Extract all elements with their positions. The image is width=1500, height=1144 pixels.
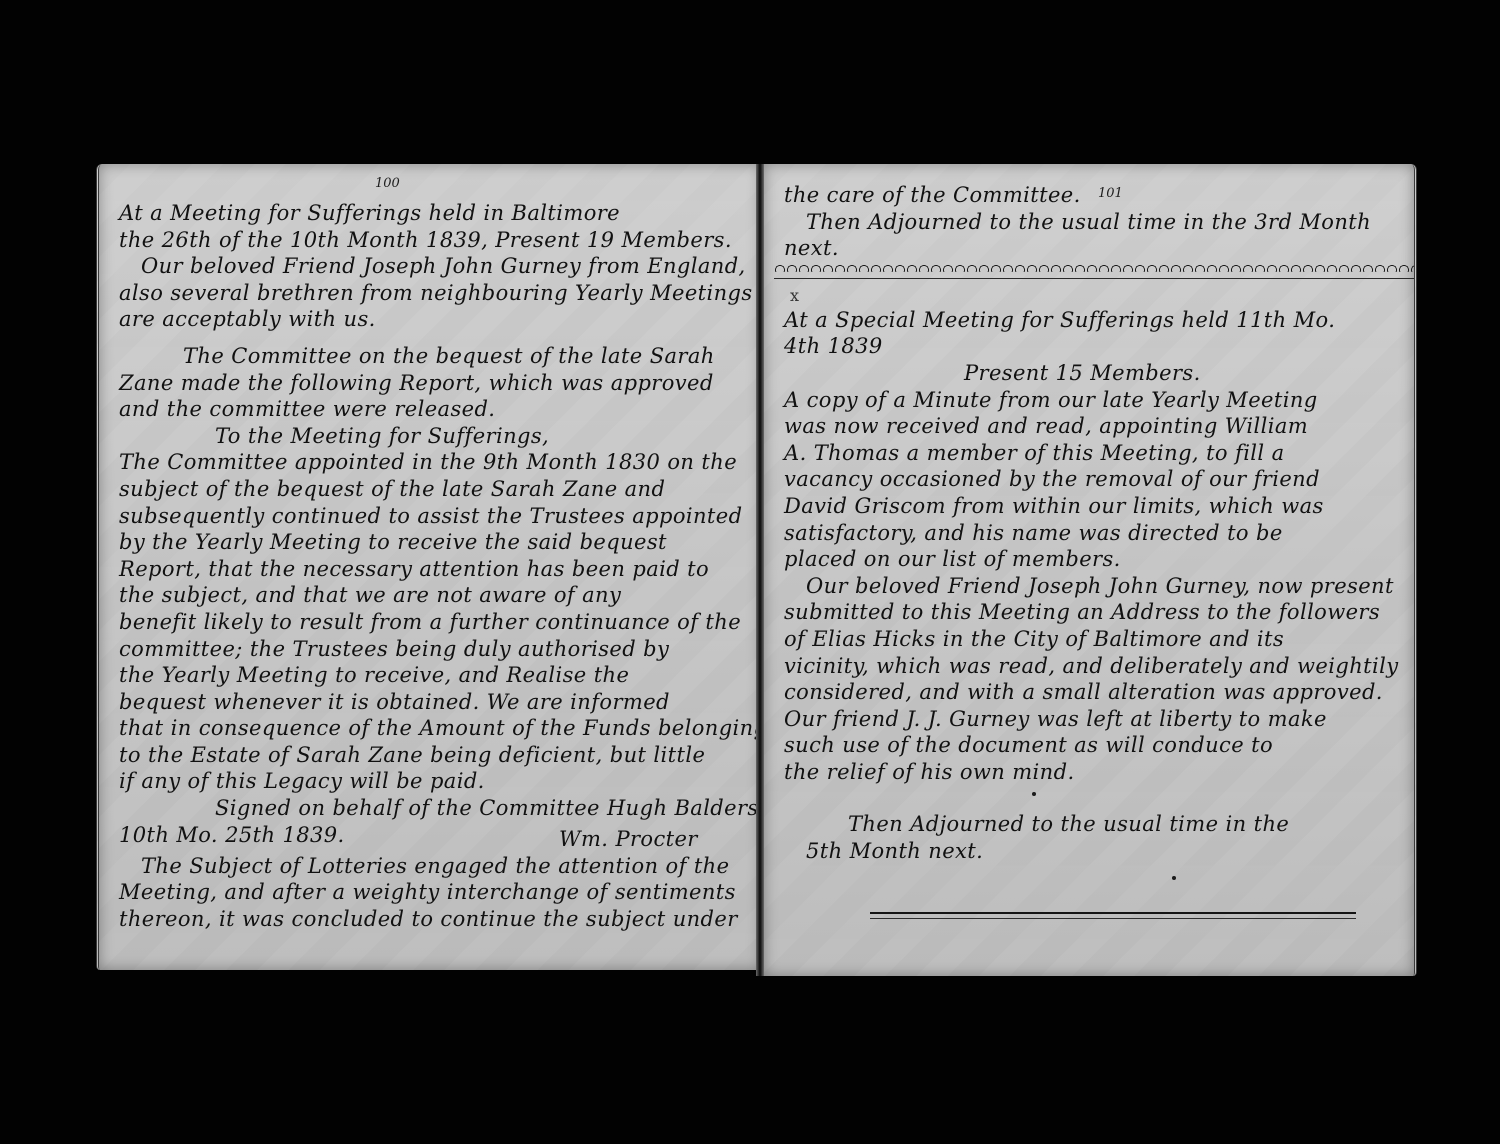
cross-mark: x	[784, 283, 1400, 307]
minute-line: such use of the document as will conduce…	[784, 732, 1400, 759]
report-line: the subject, and that we are not aware o…	[119, 582, 747, 609]
minute-line: A. Thomas a member of this Meeting, to f…	[784, 440, 1400, 467]
book-gutter	[756, 164, 764, 976]
signature-line: Signed on behalf of the Committee Hugh B…	[119, 795, 747, 822]
minute-line: considered, and with a small alteration …	[784, 679, 1400, 706]
report-line: The Committee appointed in the 9th Month…	[119, 449, 747, 476]
report-line: if any of this Legacy will be paid.	[119, 768, 747, 795]
adjournment-line: next.	[784, 235, 1400, 262]
adjournment-line: Then Adjourned to the usual time in the …	[784, 209, 1400, 236]
left-page-text: At a Meeting for Sufferings held in Balt…	[119, 200, 747, 933]
minute-line: Our friend J. J. Gurney was left at libe…	[784, 706, 1400, 733]
minute-line: Our beloved Friend Joseph John Gurney fr…	[119, 253, 747, 280]
report-salutation: To the Meeting for Sufferings,	[119, 423, 747, 450]
minute-line: Meeting, and after a weighty interchange…	[119, 879, 747, 906]
ink-dot	[1032, 792, 1036, 796]
report-line: bequest whenever it is obtained. We are …	[119, 689, 747, 716]
section-divider	[774, 264, 1414, 279]
minute-heading: 4th 1839	[784, 333, 1400, 360]
attendance-line: Present 15 Members.	[784, 360, 1400, 387]
minute-line: vacancy occasioned by the removal of our…	[784, 466, 1400, 493]
adjournment-line: Then Adjourned to the usual time in the	[784, 811, 1400, 838]
ink-dot	[1172, 876, 1176, 880]
minute-line: and the committee were released.	[119, 396, 747, 423]
minute-line: also several brethren from neighbouring …	[119, 280, 747, 307]
right-page: 101 the care of the Committee. Then Adjo…	[764, 164, 1417, 976]
report-line: to the Estate of Sarah Zane being defici…	[119, 742, 747, 769]
minute-line: thereon, it was concluded to continue th…	[119, 906, 747, 933]
minute-line: of Elias Hicks in the City of Baltimore …	[784, 626, 1400, 653]
minute-line: placed on our list of members.	[784, 546, 1400, 573]
minute-line: the relief of his own mind.	[784, 759, 1400, 786]
minute-line: was now received and read, appointing Wi…	[784, 413, 1400, 440]
minute-line: Zane made the following Report, which wa…	[119, 370, 747, 397]
minute-line: the care of the Committee.	[784, 182, 1400, 209]
minute-line: The Committee on the bequest of the late…	[119, 343, 747, 370]
closing-double-rule	[870, 912, 1356, 919]
report-line: subsequently continued to assist the Tru…	[119, 503, 747, 530]
adjournment-line: 5th Month next.	[784, 838, 1400, 865]
minute-line: vicinity, which was read, and deliberate…	[784, 653, 1400, 680]
right-page-text: the care of the Committee. Then Adjourne…	[784, 182, 1400, 865]
report-line: that in consequence of the Amount of the…	[119, 715, 747, 742]
page-number-left: 100	[375, 176, 400, 191]
report-line: subject of the bequest of the late Sarah…	[119, 476, 747, 503]
minute-heading: At a Special Meeting for Sufferings held…	[784, 307, 1400, 334]
minute-line: the 26th of the 10th Month 1839, Present…	[119, 227, 747, 254]
report-line: Report, that the necessary attention has…	[119, 556, 747, 583]
minute-line: David Griscom from within our limits, wh…	[784, 493, 1400, 520]
report-line: committee; the Trustees being duly autho…	[119, 636, 747, 663]
minute-line: A copy of a Minute from our late Yearly …	[784, 387, 1400, 414]
minute-line: satisfactory, and his name was directed …	[784, 520, 1400, 547]
report-line: the Yearly Meeting to receive, and Reali…	[119, 662, 747, 689]
report-line: benefit likely to result from a further …	[119, 609, 747, 636]
minute-line: At a Meeting for Sufferings held in Balt…	[119, 200, 747, 227]
minute-line: are acceptably with us.	[119, 306, 747, 333]
minute-line: submitted to this Meeting an Address to …	[784, 599, 1400, 626]
left-page: 100 At a Meeting for Sufferings held in …	[96, 164, 761, 970]
report-line: by the Yearly Meeting to receive the sai…	[119, 529, 747, 556]
minute-line: Our beloved Friend Joseph John Gurney, n…	[784, 573, 1400, 600]
minute-line: The Subject of Lotteries engaged the att…	[119, 853, 747, 880]
